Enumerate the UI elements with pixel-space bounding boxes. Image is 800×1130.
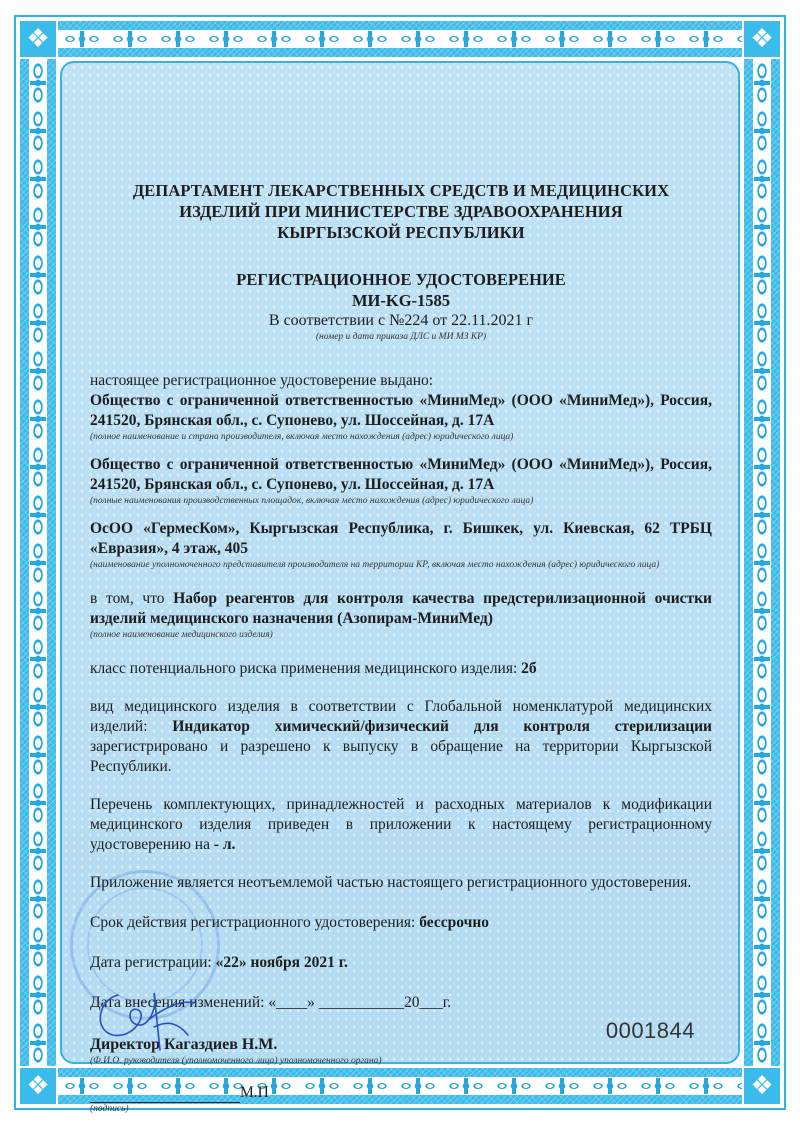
issuing-department: ДЕПАРТАМЕНТ ЛЕКАРСТВЕННЫХ СРЕДСТВ И МЕДИ… <box>90 180 712 243</box>
registration-date: Дата регистрации: «22» ноября 2021 г. <box>90 953 712 973</box>
registration-date-value: «22» ноября 2021 г. <box>216 954 348 971</box>
signature-field <box>90 1084 240 1103</box>
signatory-note: (Ф.И.О. руководителя (уполномоченного ли… <box>90 1055 712 1067</box>
production-site-note: (полные наименования производственных пл… <box>90 495 712 507</box>
certificate-number: МИ-KG-1585 <box>90 290 712 311</box>
validity-period: Срок действия регистрационного удостовер… <box>90 913 712 933</box>
order-reference-note: (номер и дата приказа ДЛС и МИ МЗ КР) <box>90 331 712 343</box>
authorized-representative: ОсОО «ГермесКом», Кыргызская Республика,… <box>90 519 712 559</box>
device-name: Набор реагентов для контроля качества пр… <box>90 590 712 627</box>
signature-line: М.П <box>90 1083 712 1103</box>
appendix-integral-statement: Приложение является неотъемлемой частью … <box>90 873 712 893</box>
corner-ornament-icon: ❖ <box>20 1068 56 1104</box>
corner-ornament-icon: ❖ <box>744 1068 780 1104</box>
issued-intro: настоящее регистрационное удостоверение … <box>90 371 712 391</box>
serial-number: 0001844 <box>606 1018 695 1044</box>
appendix-pages: - л. <box>214 836 236 853</box>
risk-class: класс потенциального риска применения ме… <box>90 659 712 679</box>
validity-value: бессрочно <box>419 914 489 931</box>
signature-icon <box>88 975 208 1055</box>
corner-ornament-icon: ❖ <box>20 21 56 57</box>
certificate-title: РЕГИСТРАЦИОННОЕ УДОСТОВЕРЕНИЕ <box>90 269 712 290</box>
risk-class-value: 2б <box>521 660 537 677</box>
signature-note: (подпись) <box>90 1103 712 1115</box>
ornament-band-left <box>20 59 56 1066</box>
ornament-band-right <box>744 59 780 1066</box>
manufacturer: Общество с ограниченной ответственностью… <box>90 391 712 431</box>
seal-label: М.П <box>240 1084 269 1101</box>
order-reference: В соответствии с №224 от 22.11.2021 г <box>90 311 712 331</box>
device-name-paragraph: в том, что Набор реагентов для контроля … <box>90 589 712 629</box>
production-site: Общество с ограниченной ответственностью… <box>90 455 712 495</box>
appendix-paragraph: Перечень комплектующих, принадлежностей … <box>90 795 712 855</box>
device-type-value: Индикатор химический/физический для конт… <box>172 718 712 735</box>
representative-note: (наименование уполномоченного представит… <box>90 559 712 571</box>
manufacturer-note: (полное наименование и страна производит… <box>90 431 712 443</box>
device-type-paragraph: вид медицинского изделия в соответствии … <box>90 697 712 777</box>
ornament-band-top <box>58 21 742 57</box>
corner-ornament-icon: ❖ <box>744 21 780 57</box>
device-name-note: (полное наименование медицинского издели… <box>90 629 712 641</box>
